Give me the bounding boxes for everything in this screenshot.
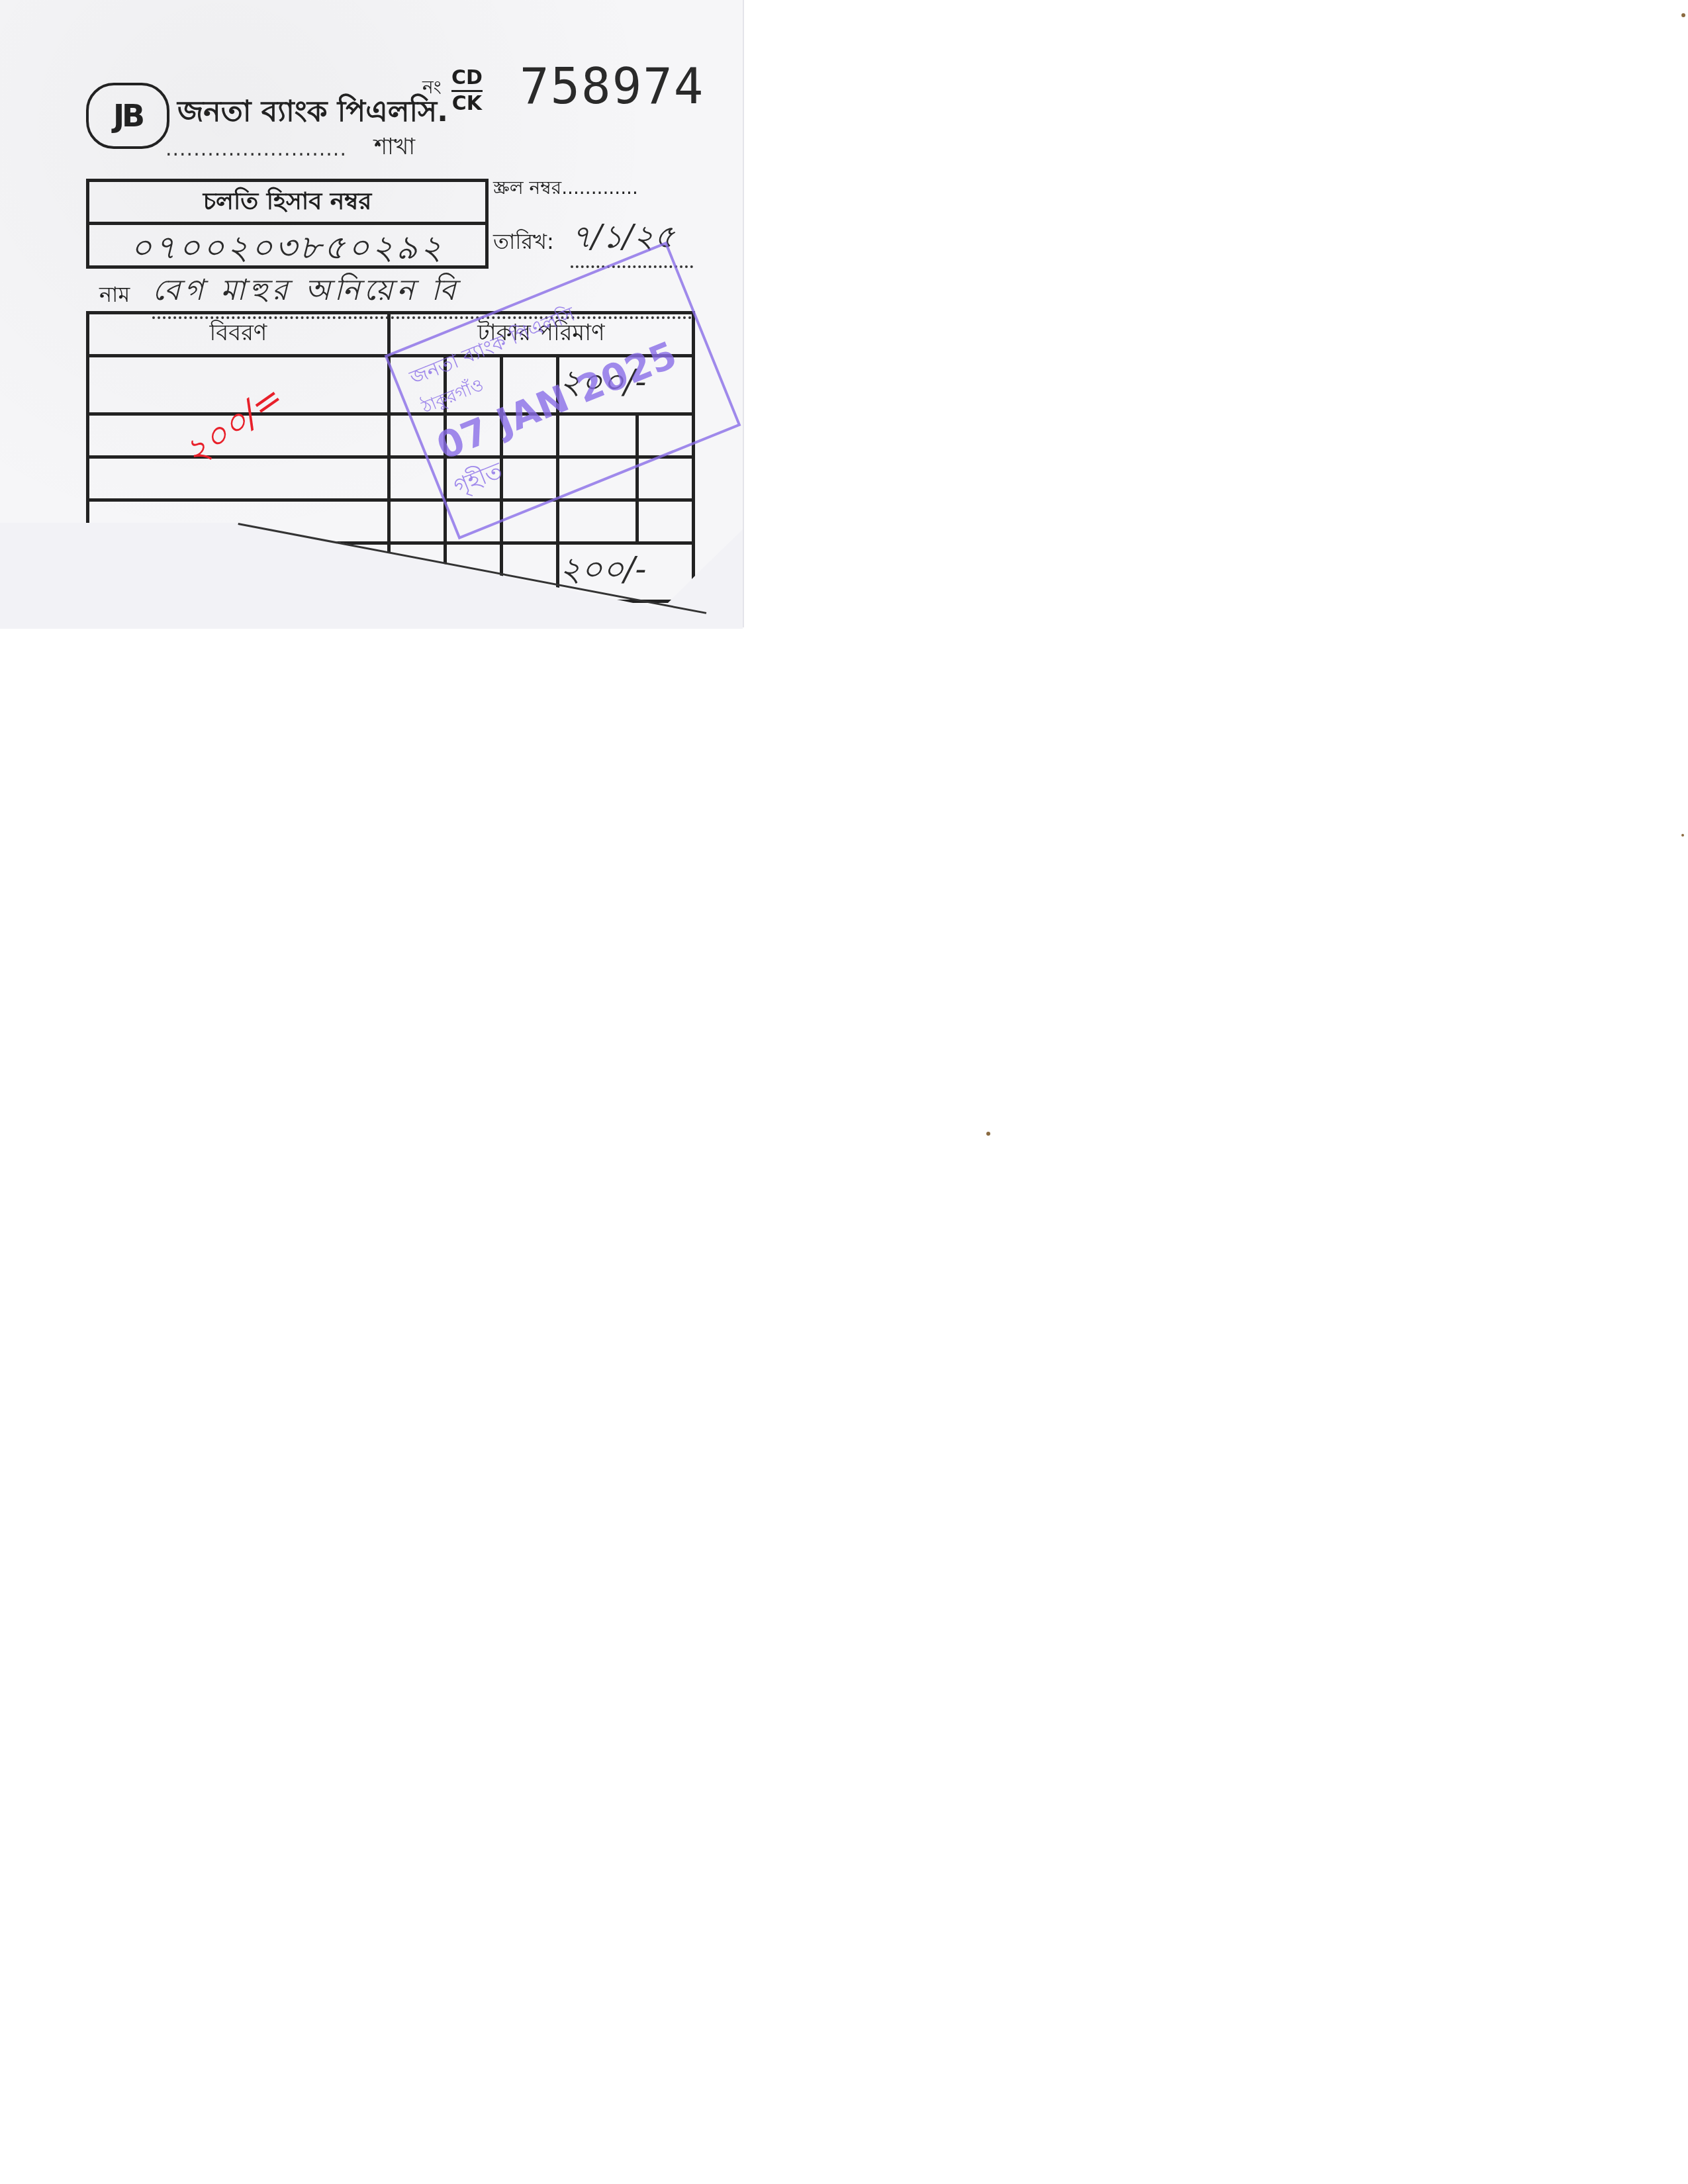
account-title: চলতি হিসাব নম্বর (89, 182, 485, 225)
cd-ck-label: CD CK (451, 66, 483, 116)
description-header: বিবরণ (88, 313, 389, 356)
name-label: নাম (99, 278, 130, 314)
account-number: ০৭০০২০৩৮৫০২৯২ (89, 225, 485, 270)
deposit-slip: JB জনতা ব্যাংক পিএলসি. .................… (0, 0, 744, 627)
speck (1681, 13, 1685, 17)
branch-label: শাখা (374, 130, 415, 167)
branch-field: .......................... (165, 138, 347, 161)
date-label: তারিখ: (493, 225, 554, 261)
ck-label: CK (452, 92, 482, 115)
cd-label: CD (451, 66, 483, 92)
speck (986, 1132, 990, 1136)
speck (1681, 834, 1684, 837)
serial-number: 758974 (520, 58, 704, 115)
bank-logo-icon: JB (86, 83, 169, 149)
number-label: নং (422, 73, 442, 104)
account-box: চলতি হিসাব নম্বর ০৭০০২০৩৮৫০২৯২ (86, 179, 489, 269)
scroll-number-field: স্ক্রল নম্বর............. (493, 173, 638, 205)
